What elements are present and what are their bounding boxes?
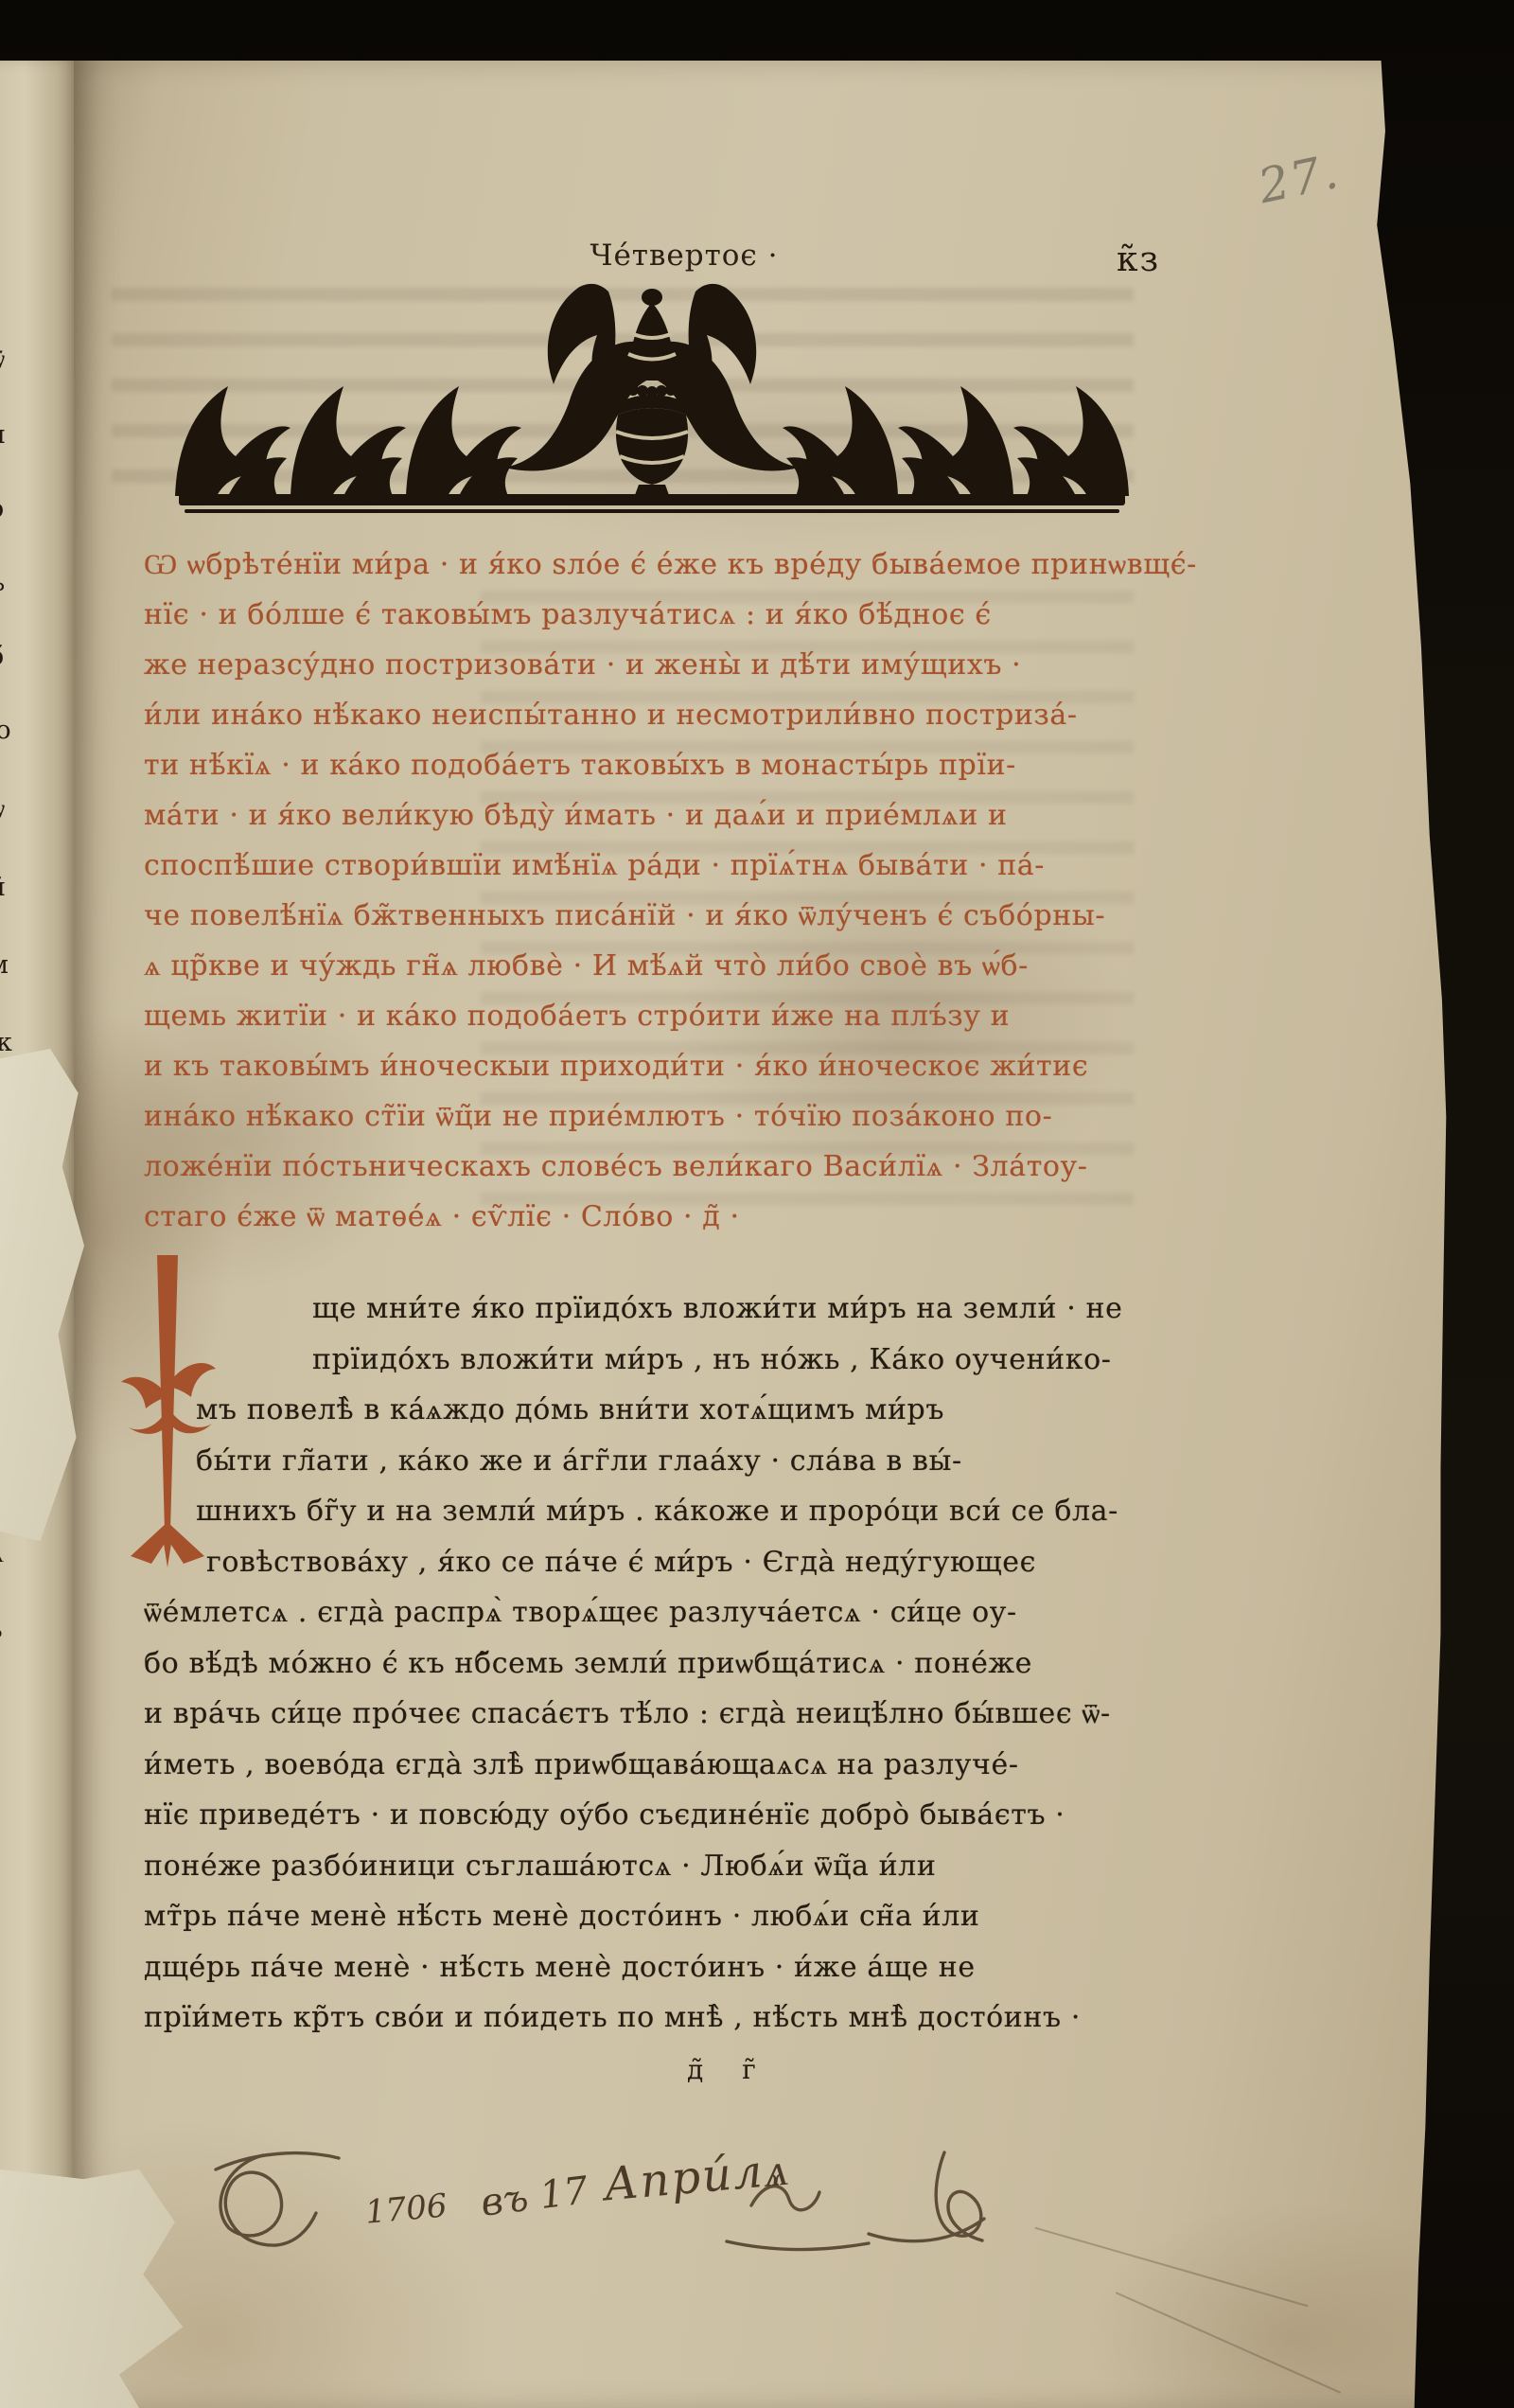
rubric-line: споспѣ́шие створи́вшїи имѣ́нїѧ ра́ди · п… <box>144 850 1045 882</box>
rubric-line: че повелѣ́нїѧ бж̃твенныхъ писа́нїй · и я… <box>144 900 1105 932</box>
gutter-fragment: ѡ <box>0 794 25 826</box>
body-line: бо вѣ́дѣ мо́жно є́ къ нб̃семь земли́ при… <box>144 1648 1032 1680</box>
gutter-fragment: о <box>0 494 25 526</box>
gutter-fragment: б <box>0 642 25 674</box>
body-line: ще мни́те я́ко прїидо́хъ вложи́ти ми́ръ … <box>312 1293 1123 1325</box>
gutter-fragment: м <box>0 950 25 983</box>
manuscript-scan: ѿ н о ъ б ю ѡ й м ж о е у к ѧ ь ж м 27. … <box>0 0 1514 2408</box>
inscription-year: 1706 <box>363 2187 449 2231</box>
rubric-line: щемь житїи · и ка́ко подоба́етъ стро́ити… <box>144 1000 1010 1033</box>
manuscript-page: 27. Че́твертоє · к̃з <box>74 61 1457 2408</box>
rubric-line: ма́ти · и я́ко вели́кую бѣду̀ и́мать · и… <box>144 800 1008 832</box>
gutter-fragment: ь <box>0 1615 25 1647</box>
gutter-fragment: ю <box>0 716 25 748</box>
body-line: прїидо́хъ вложи́ти ми́ръ , нъ но́жь , Ка… <box>312 1344 1112 1376</box>
gutter-fragment: ъ <box>0 568 25 600</box>
rubric-line: ти нѣ́кїѧ · и ка́ко подоба́етъ таковы́хъ… <box>144 750 1016 782</box>
cyrillic-foliation: к̃з <box>1117 240 1160 279</box>
body-line: мт̃рь па́че менѐ нѣ́сть менѐ досто́инъ ·… <box>144 1901 980 1933</box>
gutter-fragment: н <box>0 420 25 452</box>
body-line: ѿе́млетсѧ . єгда̀ распрѧ̀ творѧ́щеє разл… <box>144 1597 1017 1629</box>
rubric-line: и́ли ина́ко нѣ́како неиспы́танно и несмо… <box>144 699 1078 732</box>
rubric-line: ина́ко нѣ́како ст̃їи ѿц̃и не прие́млютъ … <box>144 1101 1052 1133</box>
ownership-inscription: 1706 въ 17 Апри́лѧ <box>197 2103 1067 2264</box>
running-title: Че́твертоє · <box>552 239 817 273</box>
headpiece-woodcut-acanthus-vase-icon <box>173 280 1131 519</box>
rubric-line: нїє · и бо́лше є́ таковы́мъ разлуча́тисѧ… <box>144 599 992 631</box>
body-line: прїи́меть кр̃тъ сво́и и по́идеть по мнѣ̀… <box>144 2002 1081 2034</box>
rubric-line: ложе́нїи по́стьническахъ слове́съ вели́к… <box>144 1151 1088 1183</box>
rubric-line: ѧ цр̃кве и чу́ждь гн̃ѧ любвѐ · И мѣ́ѧй ч… <box>144 950 1029 983</box>
body-line: мъ повелѣ̀ в ка́ѧждо до́мь вни́ти хотѧ́щ… <box>196 1394 944 1426</box>
gutter-fragment: ѿ <box>0 345 25 377</box>
rubric-line: Ѡ ѡбрѣте́нїи ми́ра · и я́ко ѕло́е є́ е́ж… <box>144 549 1197 581</box>
body-line: бы́ти гл̃ати , ка́ко же и а́гг̃ли глаа́х… <box>196 1445 962 1478</box>
body-line: нїє приведе́тъ · и повсю́ду оу́бо съєдин… <box>144 1799 1065 1832</box>
rubric-line: же неразсу́дно постризова́ти · и жены̀ и… <box>144 649 1021 682</box>
rubric-line: и къ таковы́мъ и́ноческыи приходи́ти · я… <box>144 1051 1088 1083</box>
rubric-line: стаго є́же ѿ матѳе́ѧ · єѵ̃лїє · Сло́во ·… <box>144 1201 740 1233</box>
quire-mark: д̃ г̃ <box>687 2054 771 2085</box>
gutter-fragment: ѧ <box>0 1539 25 1571</box>
body-line: и́меть , воево́да єгда̀ злѣ̀ приѡбщава́ю… <box>144 1749 1019 1781</box>
pencil-foliation: 27. <box>1254 144 1345 215</box>
body-line: говѣствова́ху , я́ко се па́че є́ ми́ръ ·… <box>206 1547 1036 1579</box>
body-line: дще́рь па́че менѐ · нѣ́сть менѐ досто́ин… <box>144 1952 976 1984</box>
paper-crease <box>1035 2227 1309 2308</box>
body-line: и вра́чь си́це про́чеє спаса́єтъ тѣ́ло :… <box>144 1698 1111 1730</box>
body-line: поне́же разбо́иници съглаша́ютсѧ · Любѧ́… <box>144 1850 936 1883</box>
gutter-fragment: й <box>0 873 25 905</box>
body-line: шнихъ бг̃у и на земли́ ми́ръ . ка́коже и… <box>196 1496 1118 1528</box>
